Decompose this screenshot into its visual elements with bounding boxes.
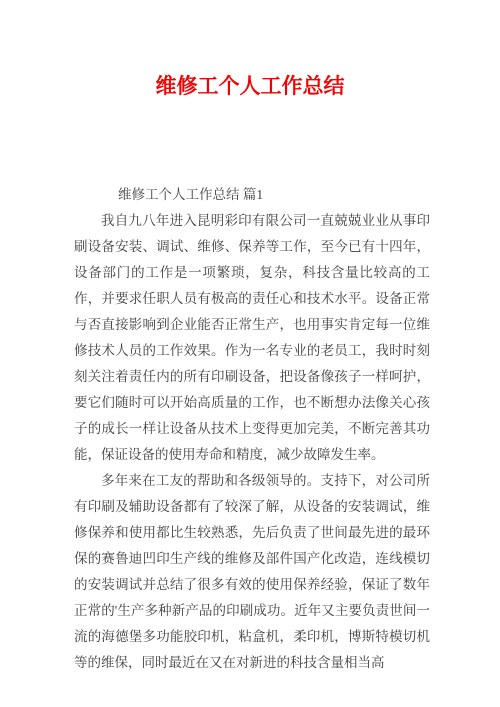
document-page: 维修工个人工作总结 维修工个人工作总结 篇1 我自九八年进入昆明彩印有限公司一直… bbox=[0, 0, 500, 707]
paragraph: 我自九八年进入昆明彩印有限公司一直兢兢业业从事印刷设备安装、调试、维修、保养等工… bbox=[74, 208, 430, 468]
section-heading: 维修工个人工作总结 篇1 bbox=[74, 182, 430, 208]
paragraph: 多年来在工友的帮助和各级领导的。支持下，对公司所有印刷及辅助设备都有了较深了解，… bbox=[74, 468, 430, 676]
document-body: 维修工个人工作总结 篇1 我自九八年进入昆明彩印有限公司一直兢兢业业从事印刷设备… bbox=[74, 182, 430, 676]
document-title: 维修工个人工作总结 bbox=[0, 0, 500, 100]
